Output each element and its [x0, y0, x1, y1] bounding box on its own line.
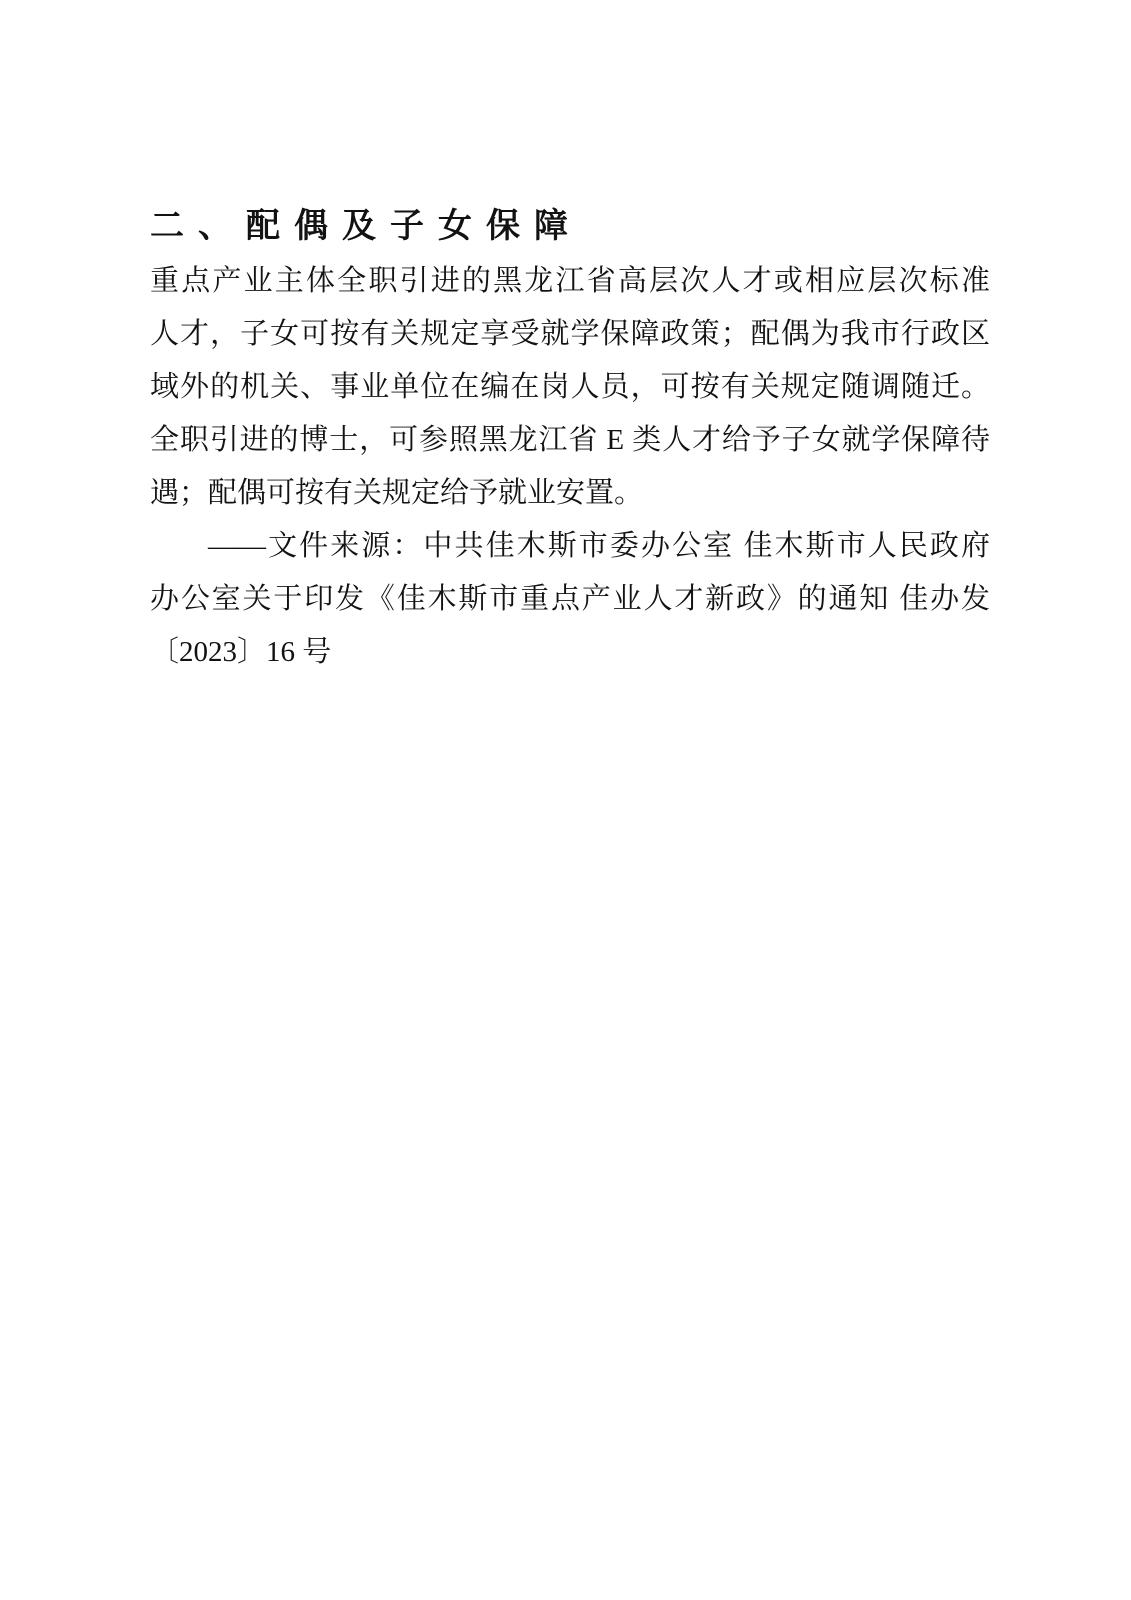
bullet-paragraph-line-1-text: 重点产业主体全职引进的黑龙江省高层次人才或相应层次标准	[150, 265, 990, 297]
source-paragraph-line-3: 〔2023〕16 号	[150, 626, 990, 679]
document-page: 二、配偶及子女保障 ●重点产业主体全职引进的黑龙江省高层次人才或相应层次标准 人…	[0, 0, 1131, 1600]
source-paragraph-line-1: ——文件来源：中共佳木斯市委办公室 佳木斯市人民政府	[150, 520, 990, 573]
text-block: 二、配偶及子女保障 ●重点产业主体全职引进的黑龙江省高层次人才或相应层次标准 人…	[150, 198, 990, 679]
bullet-paragraph-line-2: 人才，子女可按有关规定享受就学保障政策；配偶为我市行政区	[150, 308, 990, 361]
bullet-paragraph-line-3: 域外的机关、事业单位在编在岗人员，可按有关规定随调随迁。	[150, 361, 990, 414]
source-paragraph-line-2: 办公室关于印发《佳木斯市重点产业人才新政》的通知 佳办发	[150, 573, 990, 626]
bullet-paragraph-line-1: ●重点产业主体全职引进的黑龙江省高层次人才或相应层次标准	[150, 255, 990, 308]
bullet-paragraph-line-5: 遇；配偶可按有关规定给予就业安置。	[150, 467, 990, 520]
section-heading: 二、配偶及子女保障	[150, 198, 990, 255]
bullet-paragraph-line-4: 全职引进的博士，可参照黑龙江省 E 类人才给予子女就学保障待	[150, 414, 990, 467]
bullet-paragraph: ●重点产业主体全职引进的黑龙江省高层次人才或相应层次标准 人才，子女可按有关规定…	[150, 255, 990, 520]
source-paragraph: ——文件来源：中共佳木斯市委办公室 佳木斯市人民政府 办公室关于印发《佳木斯市重…	[150, 520, 990, 679]
